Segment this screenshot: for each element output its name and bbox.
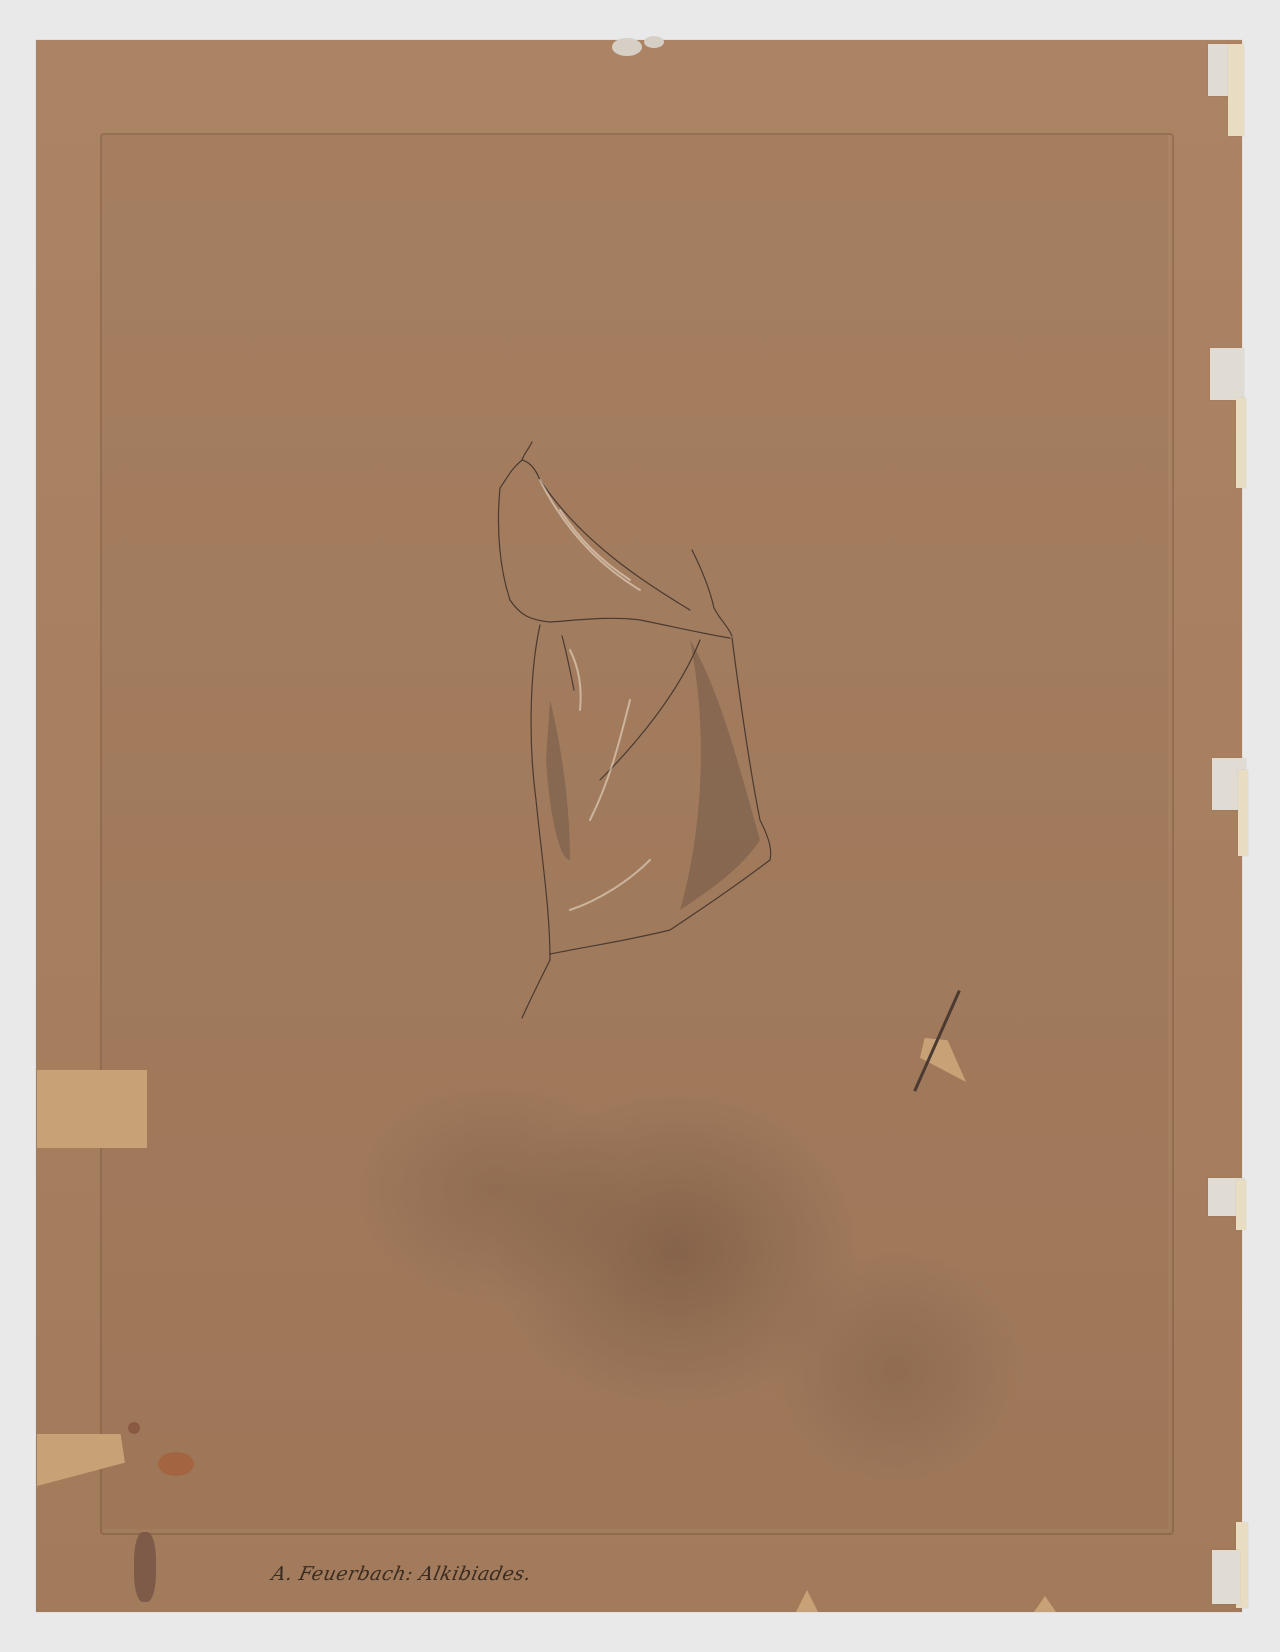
drapery-drawing <box>470 440 810 1020</box>
stain <box>134 1532 156 1602</box>
artist-inscription: A. Feuerbach: Alkibiades. <box>270 1563 534 1585</box>
stain <box>128 1422 140 1434</box>
paper-patch <box>37 1070 147 1148</box>
hinge-tape <box>1228 44 1244 136</box>
stain <box>158 1452 194 1476</box>
hinge-tape <box>1236 398 1246 488</box>
paper-loss <box>612 38 642 56</box>
hinge-tape <box>1236 1180 1246 1230</box>
paper-loss <box>644 36 664 48</box>
hinge-tape <box>1238 770 1248 856</box>
hinge-tape <box>1212 1550 1240 1604</box>
hinge-tape <box>1210 348 1244 400</box>
